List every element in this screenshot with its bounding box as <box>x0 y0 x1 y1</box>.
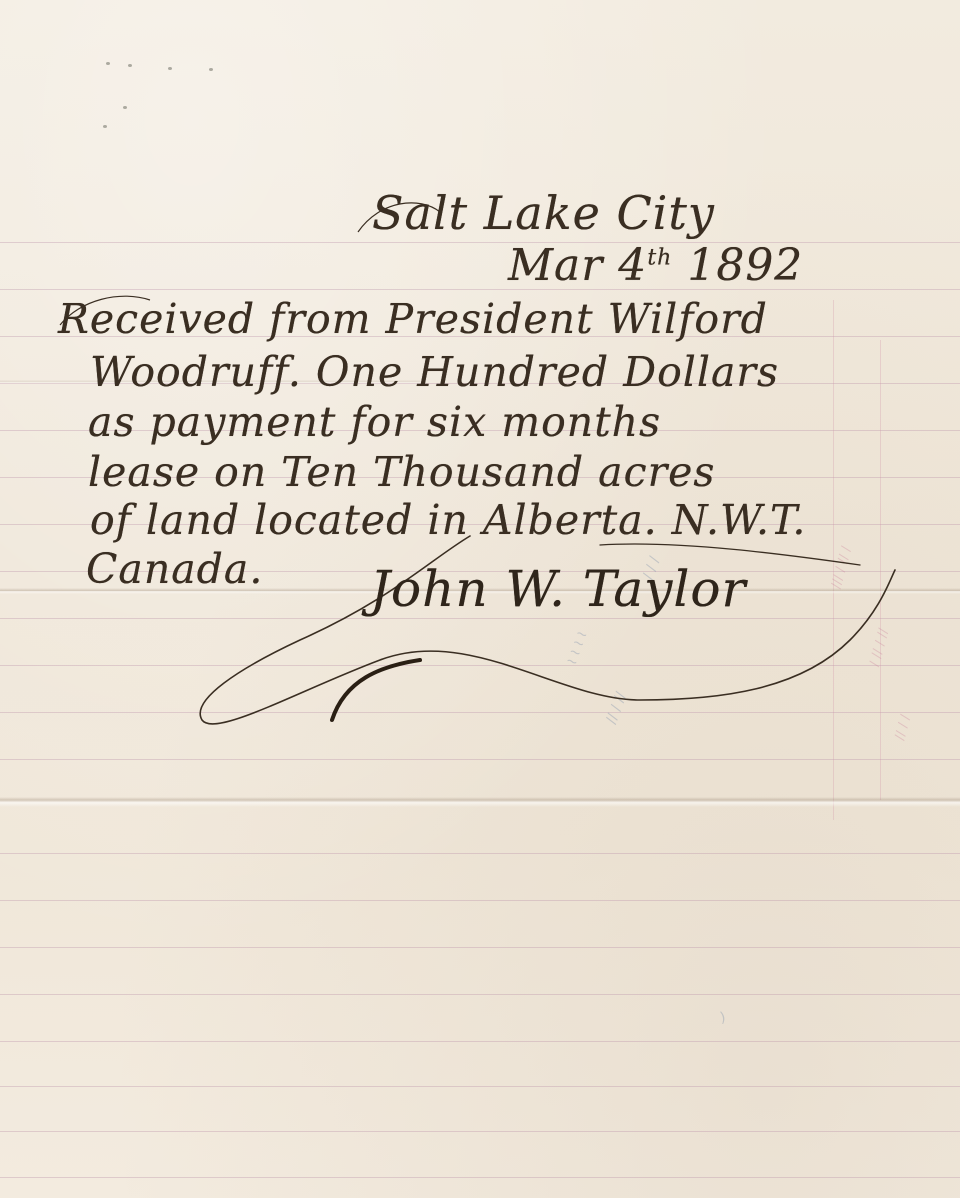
receipt-paper: ≀ ≀ ≀ ≀ ∕∕ ∕ ∕∕ ∕ ∕ ∕ ) ∕∕∕ ∕ ∕∕ ∕ ∕ ∕∕ … <box>0 0 960 1198</box>
signature: John W. Taylor <box>370 560 746 618</box>
